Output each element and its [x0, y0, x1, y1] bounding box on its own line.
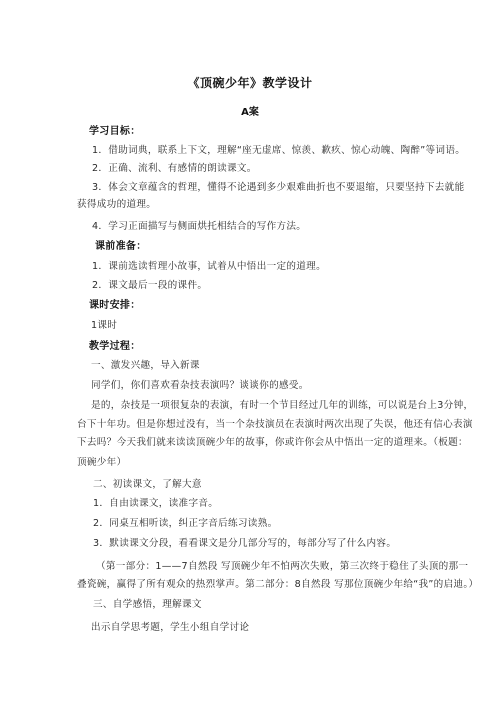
process-line: 台下十年功。但是你想过没有，当一个杂技演员在表演时两次出现了失误，他还有信心表演 — [77, 419, 473, 431]
process-line: 2．同桌互相听读，纠正字音后练习读熟。 — [93, 518, 278, 530]
goal-item: 1．借助词典，联系上下文，理解“座无虚席、惊羡、歉疚、惊心动魄、陶醉”等词语。 — [92, 145, 465, 157]
document-title: 《顶碗少年》教学设计 — [0, 74, 500, 91]
goal-item-wrap: 获得成功的道理。 — [77, 199, 156, 211]
schedule-heading: 课时安排： — [89, 300, 141, 312]
process-line: 1．自由读课文，读准字音。 — [93, 498, 218, 510]
prep-heading: 课前准备： — [95, 241, 147, 253]
process-line: 3．默读课文分段，看看课文是分几部分写的，每部分写了什么内容。 — [93, 538, 396, 550]
process-line: 出示自学思考题，学生小组自学讨论 — [91, 622, 249, 634]
goal-item: 4．学习正面描写与侧面烘托相结合的写作方法。 — [92, 221, 306, 233]
process-line: 二、初读课文，了解大意 — [93, 479, 202, 491]
prep-item: 2．课文最后一段的课件。 — [92, 280, 207, 292]
process-heading: 教学过程： — [89, 341, 141, 353]
process-line: 三、自学感悟，理解课文 — [93, 599, 202, 611]
prep-item: 1．课前选读哲理小故事，试着从中悟出一定的道理。 — [92, 261, 326, 273]
process-line: 下去吗？今天我们就来读读顶碗少年的故事，你或许你会从中悟出一定的道理来。（板题： — [77, 437, 468, 449]
process-line: 一、激发兴趣，导入新课 — [91, 360, 200, 372]
goals-heading: 学习目标： — [89, 126, 141, 138]
process-line: 同学们，你们喜欢看杂技表演吗？谈谈你的感受。 — [91, 380, 309, 392]
process-line: 顶碗少年） — [77, 457, 126, 469]
process-line: （第一部分：1——7自然段 写顶碗少年不怕两次失败，第三次终于稳住了头顶的那一 — [96, 561, 468, 573]
process-line: 是的，杂技是一项很复杂的表演，有时一个节目经过几年的训练，可以说是台上3分钟， — [91, 400, 473, 412]
schedule-value: 1课时 — [91, 320, 117, 332]
goal-item: 3．体会文章蕴含的哲理，懂得不论遇到多少艰难曲折也不要退缩，只要坚持下去就能 — [92, 182, 464, 194]
process-line: 叠瓷碗，赢得了所有观众的热烈掌声。第二部分：8自然段 写那位顶碗少年给“我”的启… — [77, 579, 478, 591]
goal-item: 2．正确、流利、有感情的朗读课文。 — [92, 163, 257, 175]
document-subtitle: A案 — [0, 103, 500, 118]
